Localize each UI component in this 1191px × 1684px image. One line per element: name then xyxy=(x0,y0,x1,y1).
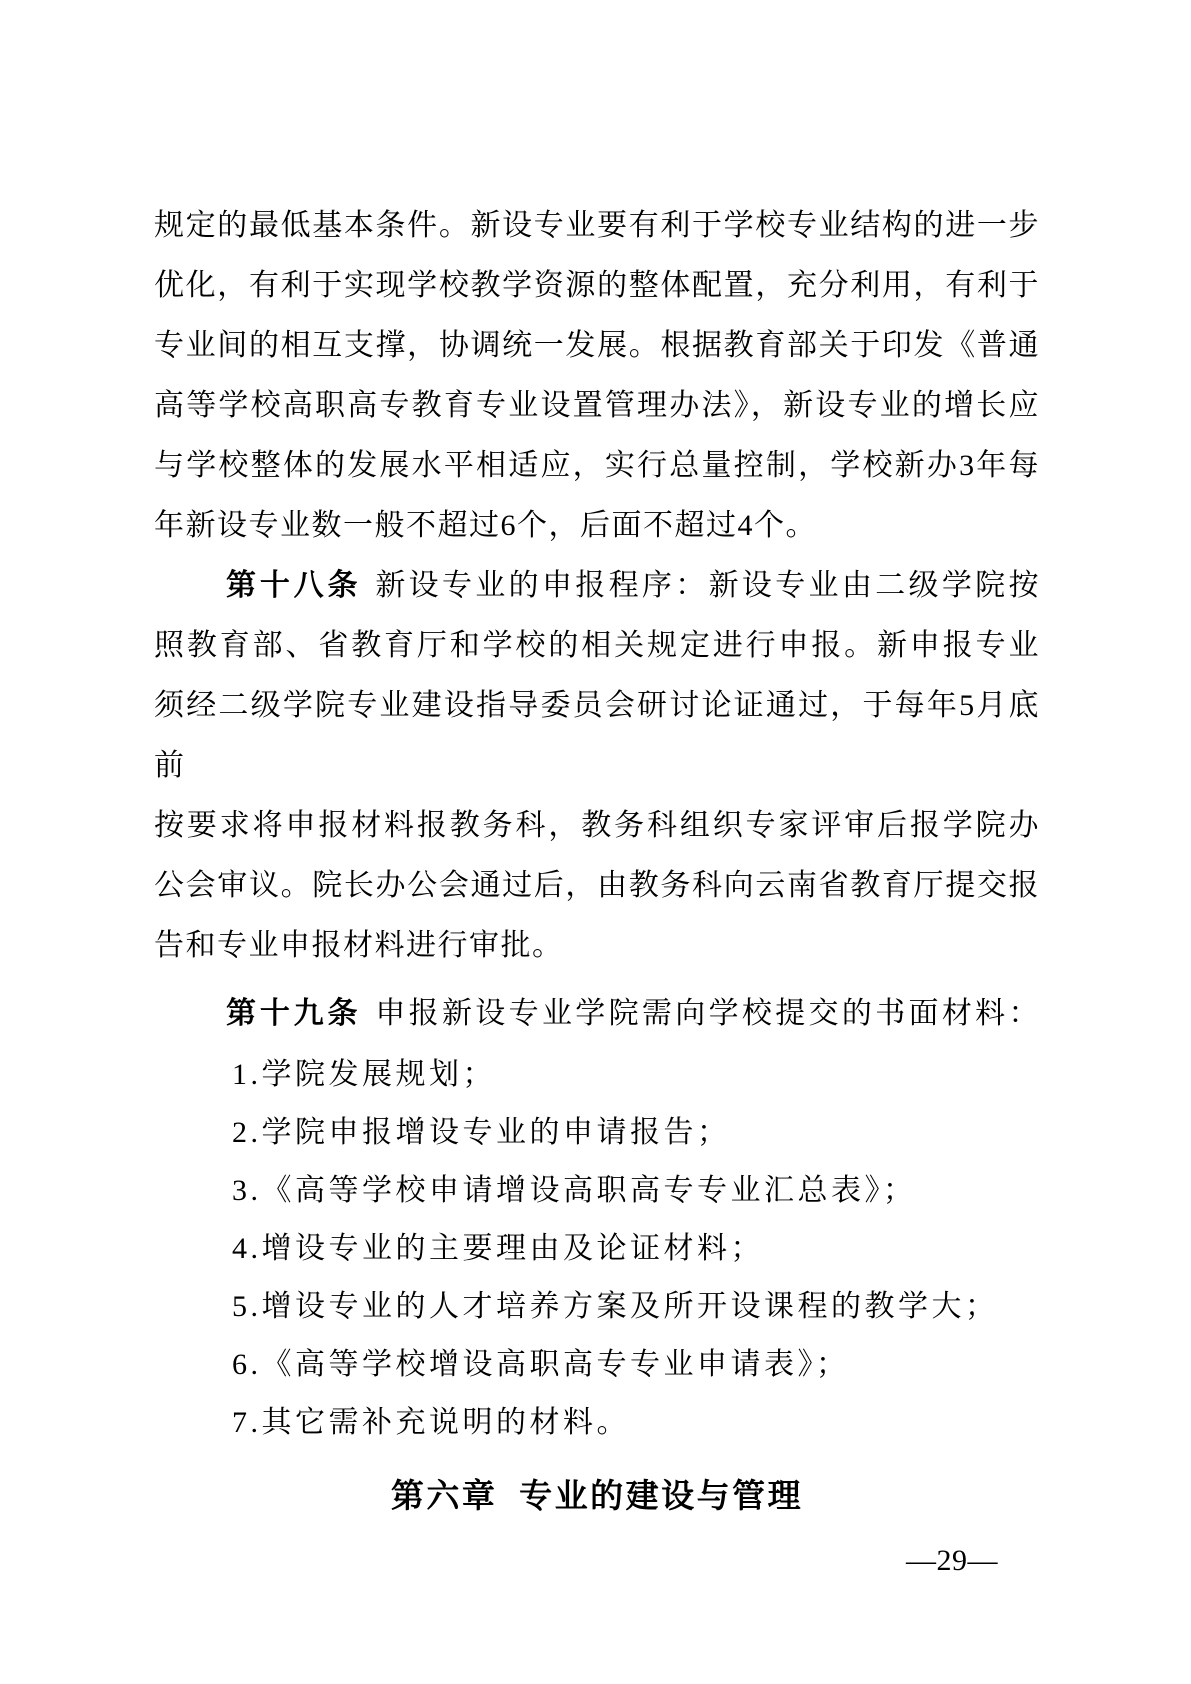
list-item: 5.增设专业的人才培养方案及所开设课程的教学大； xyxy=(154,1278,1040,1336)
blocks-container: 规定的最低基本条件。新设专业要有利于学校专业结构的进一步优化，有利于实现学校教学… xyxy=(154,196,1040,1452)
text-line: 按要求将申报材料报教务科，教务科组织专家评审后报学院办 xyxy=(154,796,1040,856)
text-line: 专业间的相互支撑，协调统一发展。根据教育部关于印发《普通 xyxy=(154,316,1040,376)
text-line: 第十八条新设专业的申报程序：新设专业由二级学院按 xyxy=(154,556,1040,616)
text-line: 优化，有利于实现学校教学资源的整体配置，充分利用，有利于 xyxy=(154,256,1040,316)
document-page: 规定的最低基本条件。新设专业要有利于学校专业结构的进一步优化，有利于实现学校教学… xyxy=(0,0,1191,1684)
list-item: 3.《高等学校申请增设高职高专专业汇总表》； xyxy=(154,1162,1040,1220)
text-line: 须经二级学院专业建设指导委员会研讨论证通过，于每年5月底前 xyxy=(154,676,1040,796)
text-line: 高等学校高职高专教育专业设置管理办法》，新设专业的增长应 xyxy=(154,376,1040,436)
text-line: 公会审议。院长办公会通过后，由教务科向云南省教育厅提交报 xyxy=(154,856,1040,916)
paragraph: 第十八条新设专业的申报程序：新设专业由二级学院按照教育部、省教育厅和学校的相关规… xyxy=(154,556,1040,976)
list-item: 1.学院发展规划； xyxy=(154,1046,1040,1104)
list-item: 4.增设专业的主要理由及论证材料； xyxy=(154,1220,1040,1278)
text-line: 照教育部、省教育厅和学校的相关规定进行申报。新申报专业 xyxy=(154,616,1040,676)
list-item: 6.《高等学校增设高职高专专业申请表》； xyxy=(154,1336,1040,1394)
text-line: 与学校整体的发展水平相适应，实行总量控制，学校新办3年每 xyxy=(154,436,1040,496)
text-line: 告和专业申报材料进行审批。 xyxy=(154,916,1040,976)
text-line: 规定的最低基本条件。新设专业要有利于学校专业结构的进一步 xyxy=(154,196,1040,256)
list-item: 2.学院申报增设专业的申请报告； xyxy=(154,1104,1040,1162)
paragraph: 第十九条申报新设专业学院需向学校提交的书面材料： xyxy=(154,984,1040,1044)
article-number-label: 第十九条 xyxy=(226,997,361,1030)
text-line: 第十九条申报新设专业学院需向学校提交的书面材料： xyxy=(154,984,1040,1044)
page-number: —29— xyxy=(906,1544,998,1578)
paragraph: 规定的最低基本条件。新设专业要有利于学校专业结构的进一步优化，有利于实现学校教学… xyxy=(154,196,1040,556)
chapter-heading: 第六章 专业的建设与管理 xyxy=(154,1474,1040,1518)
document-body: 规定的最低基本条件。新设专业要有利于学校专业结构的进一步优化，有利于实现学校教学… xyxy=(154,196,1040,1518)
text-line: 年新设专业数一般不超过6个，后面不超过4个。 xyxy=(154,496,1040,556)
list-item: 7.其它需补充说明的材料。 xyxy=(154,1394,1040,1452)
materials-list: 1.学院发展规划；2.学院申报增设专业的申请报告；3.《高等学校申请增设高职高专… xyxy=(154,1046,1040,1452)
article-number-label: 第十八条 xyxy=(226,569,361,602)
